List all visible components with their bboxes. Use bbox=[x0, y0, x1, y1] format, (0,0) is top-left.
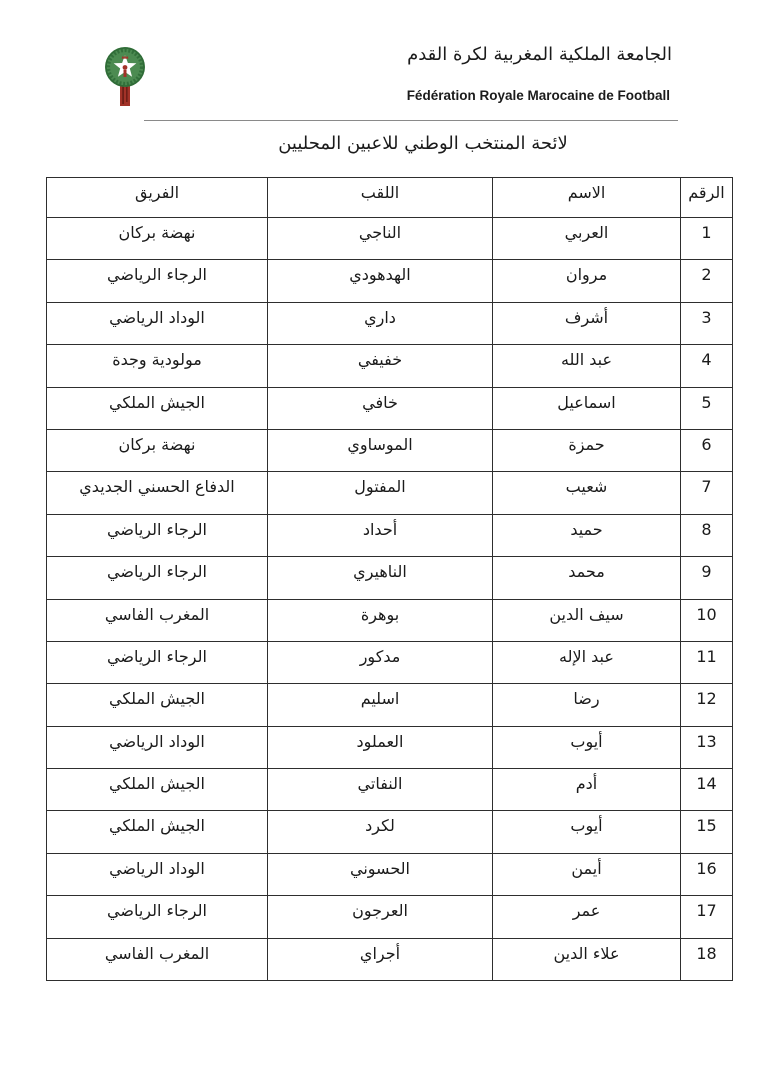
document-page: { "header": { "org_title_ar": "الجامعة ا… bbox=[0, 0, 768, 1086]
player-name-cell: رضا bbox=[493, 684, 681, 726]
player-team-cell: المغرب الفاسي bbox=[47, 938, 268, 980]
player-name-cell: سيف الدين bbox=[493, 599, 681, 641]
table-row: 14أدمالنفاتيالجيش الملكي bbox=[47, 769, 733, 811]
players-roster-table: الرقم الاسم اللقب الفريق 1العربيالناجينه… bbox=[46, 177, 733, 981]
player-surname-cell: العرجون bbox=[268, 896, 493, 938]
player-surname-cell: أجراي bbox=[268, 938, 493, 980]
player-team-cell: الجيش الملكي bbox=[47, 684, 268, 726]
player-surname-cell: لكرد bbox=[268, 811, 493, 853]
table-row: 2مروانالهدهوديالرجاء الرياضي bbox=[47, 260, 733, 302]
table-row: 5اسماعيلخافيالجيش الملكي bbox=[47, 387, 733, 429]
table-row: 18علاء الدينأجرايالمغرب الفاسي bbox=[47, 938, 733, 980]
row-number-cell: 7 bbox=[681, 472, 733, 514]
player-name-cell: عبد الله bbox=[493, 345, 681, 387]
player-surname-cell: العملود bbox=[268, 726, 493, 768]
player-team-cell: الدفاع الحسني الجديدي bbox=[47, 472, 268, 514]
player-team-cell: الوداد الرياضي bbox=[47, 302, 268, 344]
column-header-team: الفريق bbox=[47, 178, 268, 218]
player-surname-cell: داري bbox=[268, 302, 493, 344]
player-name-cell: أيوب bbox=[493, 811, 681, 853]
row-number-cell: 12 bbox=[681, 684, 733, 726]
player-name-cell: أدم bbox=[493, 769, 681, 811]
table-row: 6حمزةالموساوينهضة بركان bbox=[47, 429, 733, 471]
frmf-crest-icon bbox=[101, 44, 149, 110]
player-surname-cell: الهدهودي bbox=[268, 260, 493, 302]
federation-title-arabic: الجامعة الملكية المغربية لكرة القدم bbox=[407, 44, 672, 65]
row-number-cell: 18 bbox=[681, 938, 733, 980]
row-number-cell: 4 bbox=[681, 345, 733, 387]
player-team-cell: نهضة بركان bbox=[47, 429, 268, 471]
row-number-cell: 17 bbox=[681, 896, 733, 938]
player-team-cell: نهضة بركان bbox=[47, 218, 268, 260]
player-team-cell: الرجاء الرياضي bbox=[47, 641, 268, 683]
row-number-cell: 3 bbox=[681, 302, 733, 344]
player-name-cell: أيوب bbox=[493, 726, 681, 768]
table-row: 4عبد اللهخفيفيمولودية وجدة bbox=[47, 345, 733, 387]
player-name-cell: عبد الإله bbox=[493, 641, 681, 683]
row-number-cell: 15 bbox=[681, 811, 733, 853]
player-team-cell: الرجاء الرياضي bbox=[47, 260, 268, 302]
column-header-name: الاسم bbox=[493, 178, 681, 218]
table-row: 9محمدالناهيريالرجاء الرياضي bbox=[47, 557, 733, 599]
row-number-cell: 16 bbox=[681, 853, 733, 895]
player-name-cell: عمر bbox=[493, 896, 681, 938]
player-surname-cell: الحسوني bbox=[268, 853, 493, 895]
row-number-cell: 14 bbox=[681, 769, 733, 811]
table-row: 16أيمنالحسونيالوداد الرياضي bbox=[47, 853, 733, 895]
player-team-cell: الجيش الملكي bbox=[47, 387, 268, 429]
player-name-cell: علاء الدين bbox=[493, 938, 681, 980]
player-team-cell: الوداد الرياضي bbox=[47, 726, 268, 768]
player-name-cell: أيمن bbox=[493, 853, 681, 895]
row-number-cell: 8 bbox=[681, 514, 733, 556]
table-row: 10سيف الدينبوهرةالمغرب الفاسي bbox=[47, 599, 733, 641]
player-name-cell: العربي bbox=[493, 218, 681, 260]
player-surname-cell: خافي bbox=[268, 387, 493, 429]
table-row: 7شعيبالمفتولالدفاع الحسني الجديدي bbox=[47, 472, 733, 514]
table-row: 13أيوبالعملودالوداد الرياضي bbox=[47, 726, 733, 768]
player-surname-cell: بوهرة bbox=[268, 599, 493, 641]
player-team-cell: الرجاء الرياضي bbox=[47, 896, 268, 938]
row-number-cell: 6 bbox=[681, 429, 733, 471]
player-name-cell: اسماعيل bbox=[493, 387, 681, 429]
row-number-cell: 2 bbox=[681, 260, 733, 302]
row-number-cell: 5 bbox=[681, 387, 733, 429]
player-surname-cell: أحداد bbox=[268, 514, 493, 556]
player-surname-cell: الناجي bbox=[268, 218, 493, 260]
table-row: 3أشرفداريالوداد الرياضي bbox=[47, 302, 733, 344]
header-divider-line bbox=[144, 120, 678, 121]
frmf-crest-logo bbox=[101, 44, 149, 110]
federation-title-french: Fédération Royale Marocaine de Football bbox=[407, 88, 670, 103]
player-team-cell: مولودية وجدة bbox=[47, 345, 268, 387]
row-number-cell: 10 bbox=[681, 599, 733, 641]
player-surname-cell: مدكور bbox=[268, 641, 493, 683]
row-number-cell: 9 bbox=[681, 557, 733, 599]
player-team-cell: الجيش الملكي bbox=[47, 811, 268, 853]
table-row: 1العربيالناجينهضة بركان bbox=[47, 218, 733, 260]
player-team-cell: الوداد الرياضي bbox=[47, 853, 268, 895]
player-surname-cell: المفتول bbox=[268, 472, 493, 514]
column-header-number: الرقم bbox=[681, 178, 733, 218]
roster-table-body: 1العربيالناجينهضة بركان2مروانالهدهوديالر… bbox=[47, 218, 733, 981]
player-team-cell: الرجاء الرياضي bbox=[47, 514, 268, 556]
row-number-cell: 1 bbox=[681, 218, 733, 260]
player-name-cell: أشرف bbox=[493, 302, 681, 344]
row-number-cell: 13 bbox=[681, 726, 733, 768]
player-team-cell: الرجاء الرياضي bbox=[47, 557, 268, 599]
player-surname-cell: الناهيري bbox=[268, 557, 493, 599]
player-name-cell: محمد bbox=[493, 557, 681, 599]
player-surname-cell: اسليم bbox=[268, 684, 493, 726]
row-number-cell: 11 bbox=[681, 641, 733, 683]
table-row: 8حميدأحدادالرجاء الرياضي bbox=[47, 514, 733, 556]
player-team-cell: الجيش الملكي bbox=[47, 769, 268, 811]
player-name-cell: حميد bbox=[493, 514, 681, 556]
player-team-cell: المغرب الفاسي bbox=[47, 599, 268, 641]
column-header-surname: اللقب bbox=[268, 178, 493, 218]
player-surname-cell: الموساوي bbox=[268, 429, 493, 471]
table-row: 12رضااسليمالجيش الملكي bbox=[47, 684, 733, 726]
player-name-cell: مروان bbox=[493, 260, 681, 302]
page-title: لائحة المنتخب الوطني للاعبين المحليين bbox=[100, 133, 746, 154]
player-surname-cell: خفيفي bbox=[268, 345, 493, 387]
table-row: 15أيوبلكردالجيش الملكي bbox=[47, 811, 733, 853]
table-row: 11عبد الإلهمدكورالرجاء الرياضي bbox=[47, 641, 733, 683]
player-name-cell: حمزة bbox=[493, 429, 681, 471]
player-surname-cell: النفاتي bbox=[268, 769, 493, 811]
table-row: 17عمرالعرجونالرجاء الرياضي bbox=[47, 896, 733, 938]
player-name-cell: شعيب bbox=[493, 472, 681, 514]
table-header-row: الرقم الاسم اللقب الفريق bbox=[47, 178, 733, 218]
